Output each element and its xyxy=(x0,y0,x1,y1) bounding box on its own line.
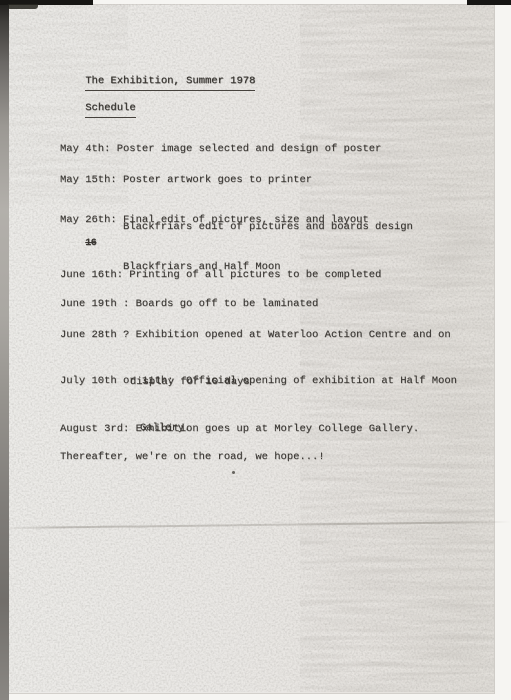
schedule-line: June 28th ? Exhibition opened at Waterlo… xyxy=(60,328,451,344)
scanner-edge-mark xyxy=(8,4,38,9)
schedule-line: July 10th or 11th: Official opening of e… xyxy=(60,374,457,390)
closing-remark: Thereafter, we're on the road, we hope..… xyxy=(60,419,325,497)
schedule-line: May 26th: Final edit of pictures, size a… xyxy=(60,213,369,229)
scanner-edge-left xyxy=(0,0,9,700)
scanned-page: The Exhibition, Summer 1978 Schedule May… xyxy=(0,0,511,700)
scanner-edge-top-right xyxy=(467,0,511,5)
schedule-line: Thereafter, we're on the road, we hope..… xyxy=(60,450,325,466)
